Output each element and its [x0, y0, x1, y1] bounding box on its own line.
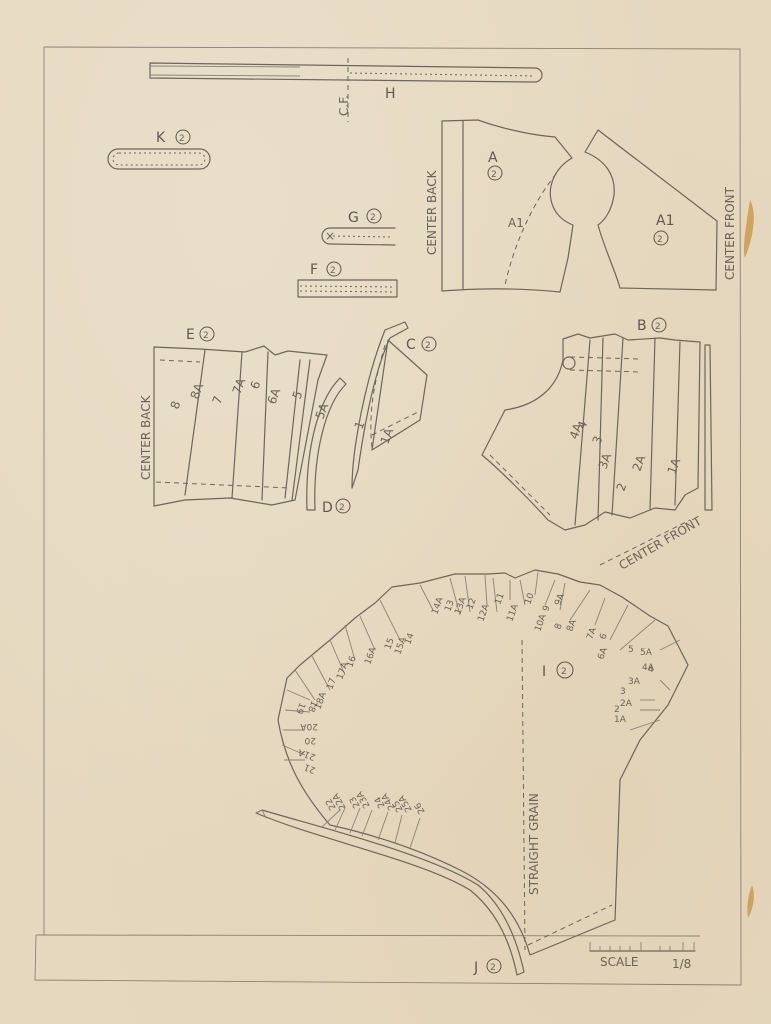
piece-h-strap: C.F. H [150, 58, 542, 122]
svg-text:18: 18 [305, 699, 318, 713]
piece-g-tab: × G 2 [322, 209, 395, 245]
svg-text:2: 2 [330, 266, 336, 276]
svg-text:3: 3 [620, 687, 626, 697]
svg-text:2: 2 [655, 322, 661, 332]
svg-text:5A: 5A [313, 401, 332, 421]
svg-text:2: 2 [561, 667, 567, 677]
svg-text:5: 5 [628, 645, 634, 655]
piece-f-label: F [310, 262, 318, 278]
piece-b-skirt-front: 4 4A 3 3A 2 2A 1A B 2 CENTER FRONT [482, 318, 712, 573]
center-front-label: CENTER FRONT [723, 186, 737, 280]
pattern-sheet: C.F. H K 2 × G 2 F 2 A1 A 2 CENTER BACK [0, 0, 771, 1024]
svg-text:9A: 9A [553, 592, 567, 607]
svg-text:14: 14 [403, 632, 416, 646]
piece-c-label: C [406, 337, 416, 353]
piece-j-label: J [473, 960, 478, 976]
scale-bar: SCALE 1/8 [590, 942, 695, 971]
svg-text:20: 20 [304, 735, 316, 745]
svg-text:6: 6 [248, 379, 264, 391]
svg-text:3: 3 [590, 434, 606, 446]
svg-text:8A: 8A [565, 618, 579, 633]
svg-text:21: 21 [303, 761, 317, 774]
center-back-label: CENTER BACK [425, 169, 439, 255]
svg-text:21A: 21A [296, 746, 317, 762]
svg-text:2A: 2A [630, 453, 649, 473]
svg-text:6A: 6A [265, 386, 284, 406]
svg-text:6A: 6A [596, 646, 610, 661]
svg-text:16A: 16A [363, 645, 379, 666]
piece-k-label: K [156, 130, 166, 146]
svg-text:1A: 1A [665, 456, 684, 476]
svg-text:3A: 3A [628, 677, 641, 687]
svg-text:7: 7 [210, 394, 226, 406]
piece-e-label: E [186, 327, 195, 343]
a1-mark: A1 [508, 216, 524, 230]
scale-value: 1/8 [672, 957, 691, 971]
piece-i-label: I [542, 664, 546, 680]
svg-text:9: 9 [541, 604, 552, 613]
svg-text:8: 8 [553, 622, 564, 631]
svg-text:4A: 4A [642, 663, 655, 673]
svg-text:12A: 12A [476, 602, 492, 623]
svg-text:3A: 3A [596, 451, 615, 471]
svg-text:2: 2 [370, 213, 376, 223]
piece-d-label: D [322, 500, 333, 516]
e-center-back-label: CENTER BACK [139, 394, 153, 480]
piece-a1-front-bodice: A1 2 CENTER FRONT [585, 130, 737, 290]
piece-e-skirt-back: 8 8A 7 7A 6 6A 5 E 2 CENTER BACK [139, 327, 327, 506]
svg-text:14A: 14A [430, 595, 446, 616]
svg-text:2: 2 [179, 134, 185, 144]
piece-a1-label: A1 [656, 213, 674, 229]
piece-b-label: B [637, 318, 647, 334]
piece-d-strip: 5A D 2 [307, 378, 350, 516]
piece-g-label: G [348, 210, 359, 226]
svg-text:2: 2 [491, 170, 497, 180]
piece-c-sleeve: 1 1A C 2 [352, 322, 436, 488]
svg-text:11A: 11A [505, 602, 521, 623]
straight-grain-label: STRAIGHT GRAIN [527, 793, 541, 895]
piece-i-sleeve-large: STRAIGHT GRAIN I 2 14A 13 13A [278, 570, 688, 955]
svg-text:5: 5 [290, 389, 306, 401]
piece-h-label: H [385, 86, 396, 102]
piece-k-loop: K 2 [108, 130, 210, 169]
svg-text:2: 2 [614, 481, 630, 493]
svg-text:6: 6 [598, 632, 609, 641]
svg-text:2A: 2A [620, 699, 633, 709]
scale-label: SCALE [600, 955, 638, 969]
svg-text:1A: 1A [378, 426, 397, 446]
cf-mark: C.F. [337, 95, 351, 116]
svg-text:×: × [325, 229, 335, 243]
paper-stains [744, 200, 754, 918]
svg-text:2: 2 [490, 963, 496, 973]
svg-text:2: 2 [614, 705, 620, 715]
pattern-drawing: C.F. H K 2 × G 2 F 2 A1 A 2 CENTER BACK [0, 0, 771, 1024]
svg-text:5A: 5A [640, 648, 653, 658]
svg-text:8: 8 [168, 399, 184, 411]
svg-text:8A: 8A [188, 381, 207, 401]
svg-text:2: 2 [657, 235, 663, 245]
svg-text:1A: 1A [614, 715, 627, 725]
svg-text:19: 19 [293, 701, 306, 715]
svg-text:7A: 7A [230, 376, 249, 396]
svg-text:26: 26 [413, 800, 428, 815]
svg-text:2: 2 [425, 341, 431, 351]
svg-text:10A: 10A [533, 612, 549, 633]
piece-a-label: A [488, 150, 498, 166]
piece-j-binding: J 2 [256, 810, 524, 976]
piece-f-band: F 2 [298, 262, 397, 297]
svg-text:7A: 7A [585, 626, 599, 641]
svg-text:11: 11 [493, 592, 506, 606]
svg-text:2: 2 [339, 503, 345, 513]
svg-text:20A: 20A [300, 721, 318, 731]
piece-a-back-bodice: A1 A 2 CENTER BACK [425, 120, 573, 292]
b-center-front-label: CENTER FRONT [617, 514, 705, 573]
svg-text:2: 2 [203, 331, 209, 341]
